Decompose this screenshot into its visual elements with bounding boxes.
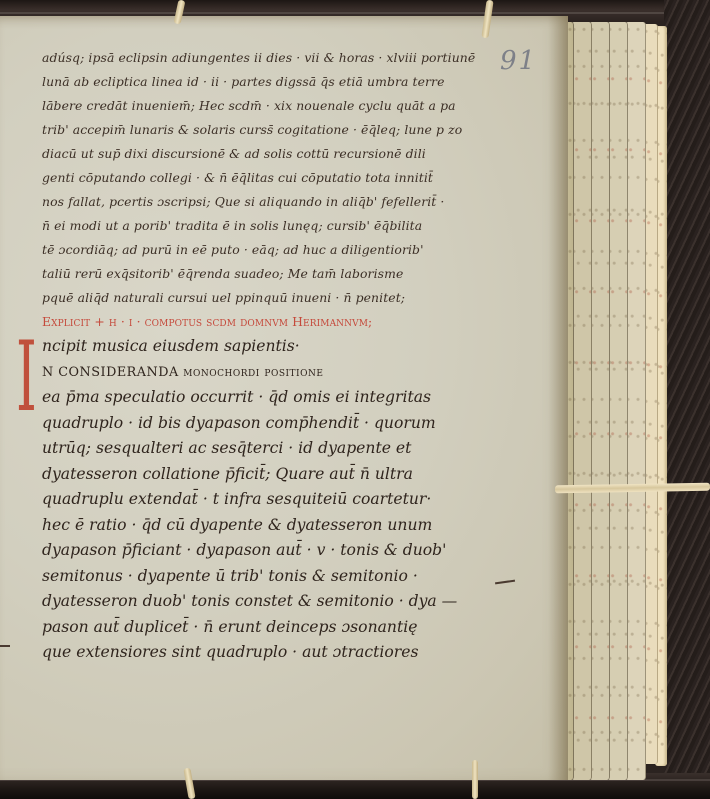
page-holder-stick <box>472 760 478 799</box>
text-line: utrūq; sesqualteri ac sesq̄terci · id dy… <box>42 436 542 462</box>
text-line: que extensiores sint quadruplo · aut ɔtr… <box>42 640 542 666</box>
musica-section: ncipit musica eiusdem sapientis· N CONSI… <box>42 334 542 666</box>
leaf-edge <box>589 22 610 780</box>
text-line: taliū rerū exq̄sitorib' ēq̄renda suadeo;… <box>42 262 542 286</box>
leaf-edge <box>625 22 646 780</box>
text-line: genti cōputando collegi · & n̄ ēq̄litas … <box>42 166 542 190</box>
text-line: hec ē ratio · q̄d cū dyapente & dyatesse… <box>42 513 542 539</box>
decorated-initial: I <box>16 337 40 423</box>
explicit-rubric: Explicit + h · i · compotus scdm domnvm … <box>42 310 542 334</box>
text-line: lābere credāt inueniem̄; Hec scdm̄ · xix… <box>42 94 542 118</box>
initial-letter: I <box>16 329 37 425</box>
text-line: dyatesseron collatione p̄ficit̄; Quare a… <box>42 462 542 488</box>
page-stack <box>555 22 667 780</box>
incipit-rubric: ncipit musica eiusdem sapientis· <box>42 334 542 360</box>
leaf-edge <box>571 22 592 780</box>
leaf-edge <box>607 22 628 780</box>
text-line: ea p̄ma speculatio occurrit · q̄d omis e… <box>42 385 542 411</box>
text-line: dyatesseron duob' tonis constet & semito… <box>42 589 542 615</box>
text-line: semitonus · dyapente ū trib' tonis & sem… <box>42 564 542 590</box>
binding-edge-top <box>0 12 710 14</box>
text-line: pason aut̄ duplicet̄ · n̄ erunt deinceps… <box>42 615 542 641</box>
text-line: nos fallat, pcertis ɔscripsi; Que si ali… <box>42 190 542 214</box>
text-line: tē ɔcordiāq; ad purū in eē puto · eāq; a… <box>42 238 542 262</box>
text-line: diacū ut sup̄ dixi discursionē & ad soli… <box>42 142 542 166</box>
text-line: N CONSIDERANDA monochordi positione <box>42 360 542 386</box>
margin-tick-mark <box>0 645 10 647</box>
text-line: dyapason p̄ficiant · dyapason aut̄ · v ·… <box>42 538 542 564</box>
text-line: adúsq; ipsā eclipsin adiungentes ii dies… <box>42 46 542 70</box>
text-line: pquē aliq̄d naturali cursui uel ppinquū … <box>42 286 542 310</box>
text-line: quadruplu extendat̄ · t infra sesquiteiū… <box>42 487 542 513</box>
text-line: quadruplo · id bis dyapason comp̄hendit̄… <box>42 411 542 437</box>
page-gutter-shadow <box>548 16 568 780</box>
computus-section: adúsq; ipsā eclipsin adiungentes ii dies… <box>42 46 542 334</box>
manuscript-text: adúsq; ipsā eclipsin adiungentes ii dies… <box>42 46 542 666</box>
text-line: lunā ab ecliptica linea id · ii · partes… <box>42 70 542 94</box>
text-line: n̄ ei modi ut a porib' tradita ē in soli… <box>42 214 542 238</box>
text-line: trib' accepim̄ lunaris & solaris curss̄ … <box>42 118 542 142</box>
binding-edge-right <box>664 0 710 799</box>
